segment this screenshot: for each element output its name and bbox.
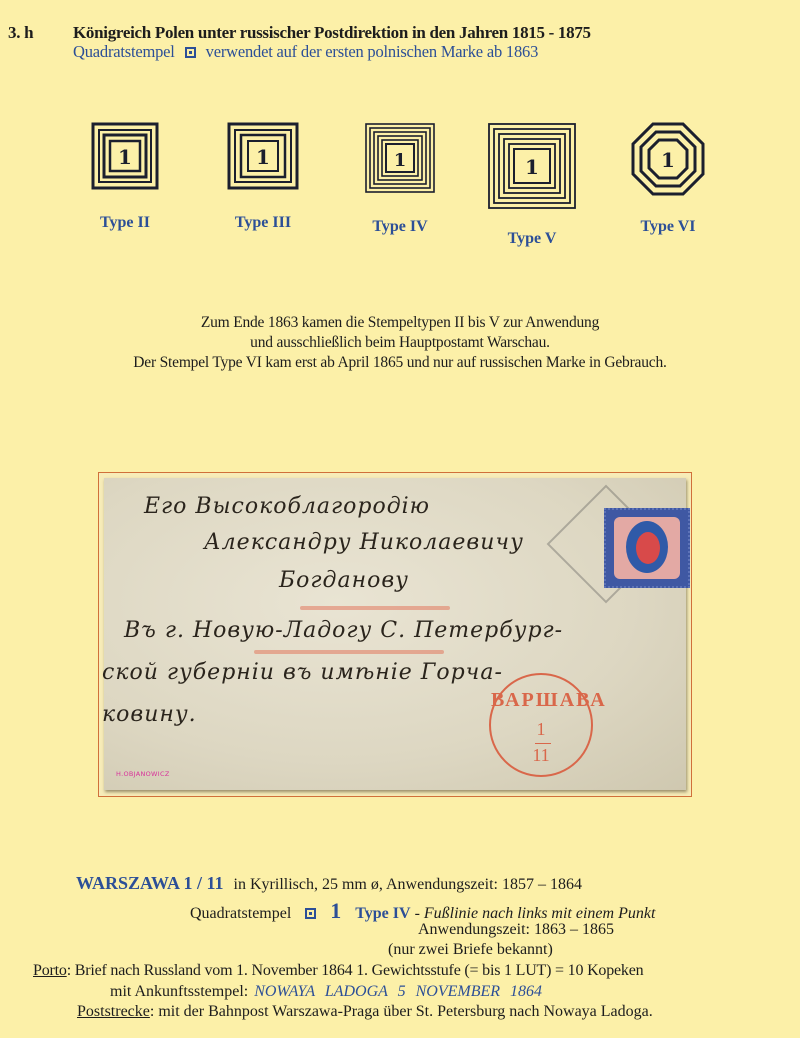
description-paragraph: Zum Ende 1863 kamen die Stempeltypen II … bbox=[0, 313, 800, 373]
envelope-photo: Его Высокоблагородію Александру Николаев… bbox=[104, 478, 686, 790]
stamp-type-vi: 1 Type VI bbox=[608, 122, 728, 236]
cancel-label: Quadratstempel bbox=[190, 905, 291, 922]
porto-line: Porto: Brief nach Russland vom 1. Novemb… bbox=[33, 962, 643, 980]
address-line: Въ г. Новую-Ладогу С. Петербург- bbox=[124, 618, 563, 643]
svg-text:1: 1 bbox=[256, 145, 270, 169]
postmark-month: 11 bbox=[491, 745, 591, 766]
subtitle-suffix: verwendet auf der ersten polnischen Mark… bbox=[206, 42, 538, 61]
stamp-type-label: Type III bbox=[203, 214, 323, 232]
svg-text:1: 1 bbox=[118, 145, 132, 169]
address-line: Его Высокоблагородію bbox=[144, 494, 430, 519]
porto-text: : Brief nach Russland vom 1. November 18… bbox=[67, 962, 644, 979]
stamp-type-v: 1 Type V bbox=[472, 122, 592, 248]
octagonal-cancel-type-vi-icon: 1 bbox=[631, 122, 705, 196]
cancel-numeral: 1 bbox=[330, 898, 341, 923]
cancel-period: Anwendungszeit: 1863 – 1865 bbox=[418, 921, 614, 939]
paragraph-line: Der Stempel Type VI kam erst ab April 18… bbox=[0, 353, 800, 373]
maker-mark: H.OBJANOWICZ bbox=[116, 770, 170, 778]
arrival-line: mit Ankunftsstempel:NOWAYA LADOGA 5 NOVE… bbox=[110, 983, 542, 1001]
postmark-name: WARSZAWA 1 / 11 bbox=[76, 873, 224, 893]
square-cancel-type-ii-icon: 1 bbox=[91, 122, 159, 190]
postmark-description: in Kyrillisch, 25 mm ø, Anwendungszeit: … bbox=[234, 876, 582, 893]
square-cancel-icon bbox=[305, 908, 316, 919]
address-line: Богданову bbox=[279, 568, 409, 593]
arrival-value: NOWAYA LADOGA 5 NOVEMBER 1864 bbox=[254, 983, 542, 1000]
stamp-type-label: Type VI bbox=[608, 218, 728, 236]
postmark-divider bbox=[535, 743, 551, 744]
stamp-type-label: Type II bbox=[65, 214, 185, 232]
subtitle-prefix: Quadratstempel bbox=[73, 42, 175, 61]
stamp-type-label: Type V bbox=[472, 230, 592, 248]
postmark-day: 1 bbox=[491, 719, 591, 740]
stamp-type-label: Type IV bbox=[340, 218, 460, 236]
stamp-type-iv: 1 Type IV bbox=[340, 122, 460, 236]
paragraph-line: Zum Ende 1863 kamen die Stempeltypen II … bbox=[0, 313, 800, 333]
red-underline bbox=[254, 650, 444, 654]
route-label: Poststrecke bbox=[77, 1003, 150, 1020]
cancel-type: Type IV bbox=[355, 905, 410, 922]
route-line: Poststrecke: mit der Bahnpost Warszawa-P… bbox=[77, 1003, 653, 1021]
warszawa-postmark: ВАРШАВА 1 11 bbox=[489, 673, 593, 777]
square-cancel-type-v-icon: 1 bbox=[487, 122, 577, 210]
porto-label: Porto bbox=[33, 962, 67, 979]
stamp-coat-of-arms bbox=[636, 532, 660, 564]
svg-text:1: 1 bbox=[394, 150, 407, 171]
stamp-type-iii: 1 Type III bbox=[203, 122, 323, 232]
square-cancel-icon bbox=[185, 47, 196, 58]
postage-stamp bbox=[604, 508, 690, 588]
page-heading: 3. hKönigreich Polen unter russischer Po… bbox=[8, 23, 591, 43]
svg-text:1: 1 bbox=[525, 155, 539, 179]
page-subtitle: Quadratstempelverwendet auf der ersten p… bbox=[73, 42, 538, 62]
page-title: Königreich Polen unter russischer Postdi… bbox=[73, 23, 591, 42]
cancel-note: - Fußlinie nach links mit einem Punkt bbox=[415, 905, 656, 922]
address-line: ковину. bbox=[102, 702, 197, 727]
square-cancel-type-iii-icon: 1 bbox=[227, 122, 299, 190]
address-line: Александру Николаевичу bbox=[204, 530, 524, 555]
red-underline bbox=[300, 606, 450, 610]
svg-text:1: 1 bbox=[661, 148, 675, 172]
postmark-city: ВАРШАВА bbox=[491, 689, 591, 712]
address-line: ской губерніи въ имѣніе Горча- bbox=[102, 660, 503, 685]
cancel-rarity: (nur zwei Briefe bekannt) bbox=[388, 941, 553, 959]
arrival-label: mit Ankunftsstempel: bbox=[110, 983, 248, 1000]
stamp-type-ii: 1 Type II bbox=[65, 122, 185, 232]
postmark-details: WARSZAWA 1 / 11in Kyrillisch, 25 mm ø, A… bbox=[76, 873, 582, 894]
section-number: 3. h bbox=[8, 23, 73, 43]
route-text: : mit der Bahnpost Warszawa-Praga über S… bbox=[150, 1003, 653, 1020]
paragraph-line: und ausschließlich beim Hauptpostamt War… bbox=[0, 333, 800, 353]
square-cancel-type-iv-icon: 1 bbox=[364, 122, 436, 194]
